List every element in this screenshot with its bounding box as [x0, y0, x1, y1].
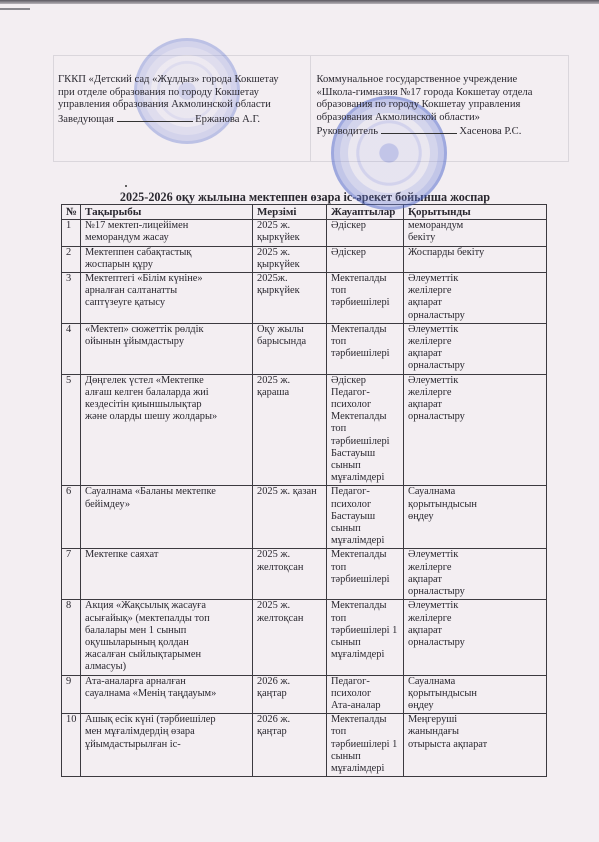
approval-right-position: Руководитель: [317, 126, 379, 137]
approval-left-signature-line: Заведующая Ержанова А.Г.: [58, 112, 310, 127]
plan-table: № Тақырыбы Мерзімі Жауаптылар Қорытынды …: [61, 204, 547, 777]
row-result: Әлеуметтік желілерге ақпарат орналастыру: [404, 374, 547, 486]
signature-underline: [117, 112, 193, 122]
approval-right-line: образования по городу Кокшетау управлени…: [317, 99, 569, 112]
table-row: 7Мектепке саяхат2025 ж. желтоқсанМектепа…: [62, 549, 547, 600]
row-result: Әлеуметтік желілерге ақпарат орналастыру: [404, 273, 547, 324]
row-responsible: Мектепалды топ тәрбиешілері 1 сынып мұға…: [327, 600, 404, 675]
row-responsible: Әдіскер: [327, 220, 404, 246]
column-header-date: Мерзімі: [253, 205, 327, 220]
scan-top-edge: [0, 0, 599, 4]
approval-left-name: Ержанова А.Г.: [195, 114, 260, 125]
row-date: 2025ж. қыркүйек: [253, 273, 327, 324]
row-date: 2025 ж. қараша: [253, 374, 327, 486]
approval-left-line: ГККП «Детский сад «Жұлдыз» города Кокшет…: [58, 74, 310, 87]
column-header-topic: Тақырыбы: [81, 205, 253, 220]
signature-underline: [381, 124, 457, 134]
scan-mark: [0, 8, 30, 10]
row-responsible: Әдіскер Педагог- психолог Мектепалды топ…: [327, 374, 404, 486]
row-number: 8: [62, 600, 81, 675]
row-topic: Ата-аналарға арналған сауалнама «Менің т…: [81, 675, 253, 714]
row-topic: №17 мектеп-лицейімен меморандум жасау: [81, 220, 253, 246]
table-row: 4«Мектеп» сюжеттік рөлдік ойынын ұйымдас…: [62, 323, 547, 374]
row-responsible: Мектепалды топ тәрбиешілері 1 сынып мұға…: [327, 714, 404, 777]
scan-dot: [125, 185, 127, 187]
table-row: 1№17 мектеп-лицейімен меморандум жасау20…: [62, 220, 547, 246]
table-row: 6Сауалнама «Баланы мектепке бейімдеу»202…: [62, 486, 547, 549]
row-date: 2025 ж. қыркүйек: [253, 246, 327, 272]
approval-right-line: «Школа-гимназия №17 города Кокшетау отде…: [317, 87, 569, 100]
row-result: Меңгеруші жанындағы отырыста ақпарат: [404, 714, 547, 777]
approval-right-signature-line: Руководитель Хасенова Р.С.: [317, 124, 569, 139]
table-row: 10Ашық есік күні (тәрбиешілер мен мұғалі…: [62, 714, 547, 777]
row-result: Жоспарды бекіту: [404, 246, 547, 272]
approval-right-name: Хасенова Р.С.: [459, 126, 521, 137]
row-number: 7: [62, 549, 81, 600]
row-topic: Сауалнама «Баланы мектепке бейімдеу»: [81, 486, 253, 549]
row-topic: Мектепке саяхат: [81, 549, 253, 600]
approval-right-line: Коммунальное государственное учреждение: [317, 74, 569, 87]
table-header-row: № Тақырыбы Мерзімі Жауаптылар Қорытынды: [62, 205, 547, 220]
approval-left-line: при отделе образования по городу Кокшета…: [58, 87, 310, 100]
row-date: 2025 ж. қыркүйек: [253, 220, 327, 246]
row-number: 1: [62, 220, 81, 246]
approval-header: ГККП «Детский сад «Жұлдыз» города Кокшет…: [53, 55, 569, 162]
row-number: 5: [62, 374, 81, 486]
row-topic: «Мектеп» сюжеттік рөлдік ойынын ұйымдаст…: [81, 323, 253, 374]
row-result: Сауалнама қорытындысын өңдеу: [404, 675, 547, 714]
table-row: 8Акция «Жақсылық жасауға асығайық» (мект…: [62, 600, 547, 675]
row-date: 2025 ж. желтоқсан: [253, 549, 327, 600]
row-number: 3: [62, 273, 81, 324]
row-topic: Дөңгелек үстел «Мектепке алғаш келген ба…: [81, 374, 253, 486]
approval-right: Коммунальное государственное учреждение …: [311, 56, 569, 161]
table-row: 9Ата-аналарға арналған сауалнама «Менің …: [62, 675, 547, 714]
row-topic: Акция «Жақсылық жасауға асығайық» (мекте…: [81, 600, 253, 675]
row-date: 2026 ж. қаңтар: [253, 675, 327, 714]
row-result: Әлеуметтік желілерге ақпарат орналастыру: [404, 323, 547, 374]
row-topic: Мектептегі «Білім күніне» арналған салта…: [81, 273, 253, 324]
row-topic: Мектеппен сабақтастық жоспарын құру: [81, 246, 253, 272]
table-row: 2Мектеппен сабақтастық жоспарын құру2025…: [62, 246, 547, 272]
approval-left: ГККП «Детский сад «Жұлдыз» города Кокшет…: [54, 56, 311, 161]
approval-left-position: Заведующая: [58, 114, 114, 125]
row-date: 2025 ж. қазан: [253, 486, 327, 549]
row-date: 2025 ж. желтоқсан: [253, 600, 327, 675]
row-result: Сауалнама қорытындысын өңдеу: [404, 486, 547, 549]
table-row: 5Дөңгелек үстел «Мектепке алғаш келген б…: [62, 374, 547, 486]
row-number: 4: [62, 323, 81, 374]
document-title: 2025-2026 оқу жылына мектеппен өзара іс-…: [60, 190, 550, 205]
row-result: Әлеуметтік желілерге ақпарат орналастыру: [404, 600, 547, 675]
row-result: Әлеуметтік желілерге ақпарат орналастыру: [404, 549, 547, 600]
row-number: 6: [62, 486, 81, 549]
approval-right-line: образования Акмолинской области»: [317, 112, 569, 125]
row-responsible: Мектепалды топ тәрбиешілері: [327, 273, 404, 324]
row-number: 2: [62, 246, 81, 272]
row-responsible: Педагог- психолог Ата-аналар: [327, 675, 404, 714]
row-responsible: Педагог- психолог Бастауыш сынып мұғалім…: [327, 486, 404, 549]
approval-left-line: управления образования Акмолинской облас…: [58, 99, 310, 112]
row-responsible: Мектепалды топ тәрбиешілері: [327, 549, 404, 600]
row-number: 9: [62, 675, 81, 714]
row-number: 10: [62, 714, 81, 777]
column-header-result: Қорытынды: [404, 205, 547, 220]
row-responsible: Мектепалды топ тәрбиешілері: [327, 323, 404, 374]
row-date: 2026 ж. қаңтар: [253, 714, 327, 777]
row-result: меморандум бекіту: [404, 220, 547, 246]
row-responsible: Әдіскер: [327, 246, 404, 272]
row-date: Оқу жылы барысында: [253, 323, 327, 374]
table-row: 3Мектептегі «Білім күніне» арналған салт…: [62, 273, 547, 324]
row-topic: Ашық есік күні (тәрбиешілер мен мұғалімд…: [81, 714, 253, 777]
column-header-number: №: [62, 205, 81, 220]
